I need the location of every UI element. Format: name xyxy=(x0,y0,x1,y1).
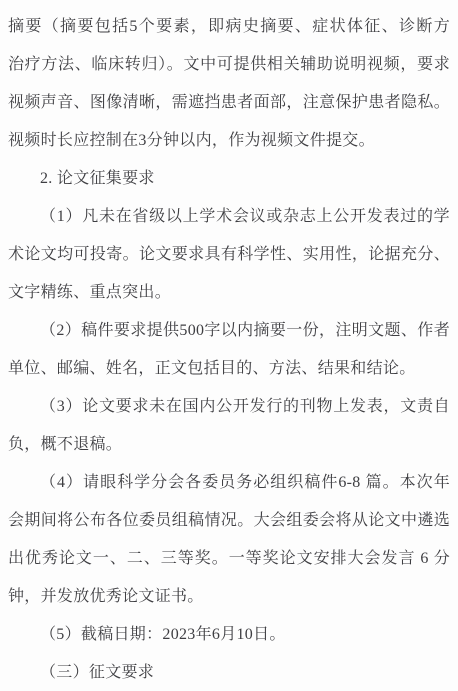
section-heading-line: 2. 论文征集要求 xyxy=(8,160,450,198)
document-page: 摘要（摘要包括5个要素，即病史摘要、症状体征、诊断方法、 治疗方法、临床转归）。… xyxy=(0,0,458,691)
text-line: 出优秀论文一、二、三等奖。一等奖论文安排大会发言 6 分 xyxy=(8,540,450,578)
text-line: （3）论文要求未在国内公开发行的刊物上发表，文责自 xyxy=(8,388,450,426)
text-line: 视频时长应控制在3分钟以内，作为视频文件提交。 xyxy=(8,122,450,160)
text-line: 治疗方法、临床转归）。文中可提供相关辅助说明视频，要求 xyxy=(8,46,450,84)
deadline-line: （5）截稿日期：2023年6月10日。 xyxy=(8,616,450,654)
text-line: （1）凡未在省级以上学术会议或杂志上公开发表过的学 xyxy=(8,198,450,236)
text-line: 负，概不退稿。 xyxy=(8,426,450,464)
text-line: 会期间将公布各位委员组稿情况。大会组委会将从论文中遴选 xyxy=(8,502,450,540)
text-line: 摘要（摘要包括5个要素，即病史摘要、症状体征、诊断方法、 xyxy=(8,8,450,46)
section-heading-line: （三）征文要求 xyxy=(8,654,450,691)
text-line: 钟，并发放优秀论文证书。 xyxy=(8,578,450,616)
text-line: 视频声音、图像清晰，需遮挡患者面部，注意保护患者隐私。 xyxy=(8,84,450,122)
text-line: （4）请眼科学分会各委员务必组织稿件6-8 篇。本次年 xyxy=(8,464,450,502)
text-line: （2）稿件要求提供500字以内摘要一份，注明文题、作者 xyxy=(8,312,450,350)
text-line: 单位、邮编、姓名，正文包括目的、方法、结果和结论。 xyxy=(8,350,450,388)
text-line: 术论文均可投寄。论文要求具有科学性、实用性，论据充分、 xyxy=(8,236,450,274)
text-line: 文字精练、重点突出。 xyxy=(8,274,450,312)
